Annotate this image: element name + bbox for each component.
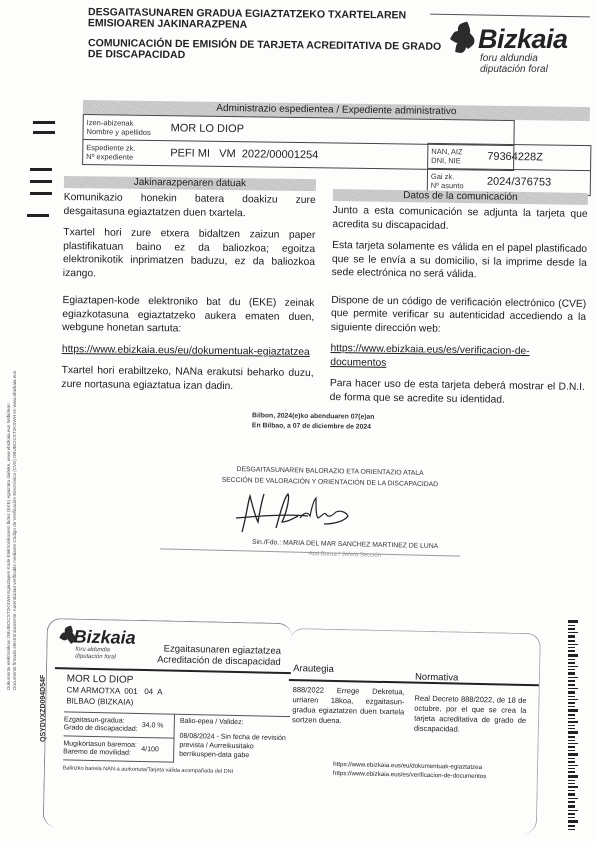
basque-paragraph-3: Egiaztapen-kode elektroniko bat du (EKE)…	[62, 294, 314, 338]
mobility-label: Mugikortasun baremoa: Baremo de movilida…	[63, 740, 141, 758]
card-footer: Baliozko bariela NAN-a aurkortuta/Tarjet…	[63, 765, 233, 775]
barcode-bar	[568, 714, 575, 716]
barcode-bar	[568, 659, 575, 660]
grade-cell: Ezgaitasun-gradua: Grado de discapacidad…	[64, 712, 174, 738]
title-spanish: COMUNICACIÓN DE EMISIÓN DE TARJETA ACRED…	[88, 38, 448, 64]
validity-value: 08/08/2024 - Sin fecha de revisión previ…	[179, 732, 290, 761]
barcode-bar	[568, 801, 575, 803]
barcode-bar	[568, 825, 575, 827]
grade-value: 34,0 %	[142, 722, 164, 730]
basque-heading: Jakinarazpenaren datuak	[64, 176, 316, 191]
barcode-bar	[568, 768, 575, 769]
dni-label: NAN, AIZ DNI, NIE	[428, 147, 481, 166]
barcode-bar	[568, 813, 575, 815]
barcode-bar	[568, 743, 578, 744]
validity-label: Balio-epea / Validez:	[180, 717, 290, 728]
expediente-label: Espediente zk. Nº expediente	[83, 143, 158, 162]
disability-card-back: Arautegia Normativa 888/2022 Errege Dekr…	[286, 628, 541, 834]
card-holder: MOR LO DIOP CM ARMOTXA 001 04 A BILBAO (…	[66, 673, 163, 708]
date-block: Bilbon, 2024(e)ko abenduaren 07(e)an En …	[252, 411, 375, 432]
omr-mark	[33, 131, 55, 134]
barcode-bar	[568, 786, 578, 788]
date-es: En Bilbao, a 07 de diciembre de 2024	[252, 421, 375, 432]
barcode-bar	[568, 696, 575, 697]
omr-mark	[27, 214, 49, 217]
card-back-links: https://www.ebizkaia.eus/eu/dokumentuak-…	[333, 760, 487, 781]
barcode-bar	[568, 780, 575, 781]
name-label-es: Nombre y apellidos	[86, 127, 158, 137]
vertical-text-es: Documento firmado electrónicamente. Aute…	[12, 290, 18, 690]
holder-address-2: BILBAO (BIZKAIA)	[66, 695, 162, 708]
mobility-label-es: Baremo de movilidad:	[63, 748, 141, 758]
barcode-bar	[568, 810, 578, 811]
barcode-bar	[568, 798, 578, 799]
oak-leaf-icon	[450, 21, 480, 55]
basque-verify-link[interactable]: https://www.ebizkaia.eus/eu/dokumentuak-…	[62, 343, 310, 357]
barcode-bar	[568, 765, 578, 766]
barcode-bar	[568, 775, 578, 778]
barcode-bar	[568, 805, 575, 808]
barcode-bar	[568, 684, 575, 686]
card-title-es: Acreditación de discapacidad	[157, 654, 281, 668]
omr-mark	[33, 121, 55, 124]
card-logo-brand: Bizkaia	[73, 628, 135, 648]
barcode-bar	[568, 740, 575, 741]
barcode-bar	[568, 672, 575, 675]
barcode-bar	[568, 753, 578, 756]
basque-column: Jakinarazpenaren datuak Komunikazio hone…	[61, 176, 316, 402]
barcode-bar	[568, 620, 578, 623]
id-box: NAN, AIZ DNI, NIE 79364228Z Gai zk. Nº a…	[427, 143, 592, 196]
vertical-csv-text: Dokumentu elektronikoa: DBUBCICST2KSWH E…	[6, 290, 18, 690]
signature-image	[228, 488, 358, 538]
basque-paragraph-1: Komunikazio honekin batera doakizu zure …	[63, 191, 315, 221]
signer-block: Sin./Fdo.: MARIA DEL MAR SANCHEZ MARTINE…	[210, 537, 480, 563]
spanish-paragraph-4: Para hacer uso de esta tarjeta deberá mo…	[330, 377, 585, 408]
barcode-bar	[568, 725, 575, 726]
barcode-bar	[568, 669, 575, 670]
regulation-heading-es: Normativa	[415, 672, 459, 684]
regulation-header: Arautegia Normativa	[289, 659, 539, 686]
omr-mark	[30, 180, 52, 183]
barcode-bar	[568, 650, 575, 652]
barcode-bar	[568, 750, 575, 751]
barcode-bar	[568, 628, 575, 630]
barcode-bar	[568, 680, 575, 682]
card-link-es[interactable]: https://www.ebizkaia.eus/es/verificacion…	[333, 769, 487, 781]
regulation-text-eu: 888/2022 Errege Dekretua, urriaren 18koa…	[292, 685, 405, 727]
barcode-bar	[568, 706, 575, 707]
barcode-bar	[568, 709, 578, 712]
barcode-bar	[568, 654, 578, 657]
barcode-bar	[568, 677, 578, 678]
name-value: MOR LO DIOP	[159, 122, 245, 135]
barcode-bar	[568, 790, 575, 791]
barcode-bar	[568, 647, 575, 648]
barcode-bar	[568, 644, 578, 645]
barcode-bar	[568, 728, 575, 729]
barcode-bar	[568, 758, 575, 759]
expediente-label-es: Nº expediente	[86, 152, 158, 162]
logo-line2: diputación foral	[480, 64, 590, 75]
barcode-bar	[568, 640, 575, 642]
logo-line1: foru aldundia	[480, 53, 590, 64]
spanish-verify-link[interactable]: https://www.ebizkaia.eus/es/verificacion…	[330, 343, 530, 368]
card-details-grid: Ezgaitasun-gradua: Grado de discapacidad…	[63, 711, 290, 767]
name-label: Izen-abizenak Nombre y apellidos	[83, 118, 158, 137]
barcode-bar	[568, 746, 575, 748]
regulation-text-es: Real Decreto 888/2022, de 18 de octubre,…	[414, 694, 527, 736]
barcode-bar	[568, 761, 575, 763]
grade-label: Ezgaitasun-gradua: Grado de discapacidad…	[64, 716, 142, 734]
asunto-label: Gai zk. Nº asunto	[428, 172, 481, 191]
spanish-column: Datos de la comunicación Junto a esta co…	[329, 189, 587, 416]
barcode-bar	[568, 721, 578, 723]
title-basque: DESGAITASUNAREN GRADUA EGIAZTATZEKO TXAR…	[88, 7, 448, 33]
side-barcode	[568, 620, 580, 842]
card-logo: Bizkaia foru aldundia diputación foral	[59, 627, 136, 662]
barcode-bar	[568, 793, 575, 796]
barcode-bar	[568, 783, 575, 784]
omr-mark	[30, 192, 52, 195]
barcode-bar	[568, 771, 575, 773]
dni-label-es: DNI, NIE	[431, 156, 481, 166]
barcode-bar	[568, 731, 578, 734]
barcode-bar	[568, 688, 578, 689]
barcode-bar	[568, 625, 575, 626]
oak-leaf-icon	[59, 625, 79, 647]
basque-paragraph-2: Txartel hori zure etxera bidaltzen zaizu…	[63, 226, 316, 283]
basque-paragraph-4: Txartel hori erabiltzeko, NANa erakutsi …	[61, 364, 313, 394]
asunto-label-es: Nº asunto	[431, 181, 481, 191]
logo-brand: Bizkaia	[478, 25, 590, 53]
barcode-bar	[568, 817, 575, 818]
barcode-bar	[568, 702, 575, 704]
barcode-bar	[568, 699, 578, 700]
bizkaia-logo: Bizkaia foru aldundia diputación foral	[450, 25, 590, 75]
disability-card-front: Bizkaia foru aldundia diputación foral E…	[43, 618, 292, 832]
expediente-value: PEFI MI VM 2022/00001254	[158, 147, 318, 161]
barcode-bar	[568, 736, 575, 738]
barcode-bar	[568, 829, 575, 830]
card-title: Ezgaitasunaren egiaztatzea Acreditación …	[157, 643, 281, 668]
dni-value: 79364228Z	[481, 151, 543, 164]
card-logo-line2: diputación foral	[75, 654, 135, 662]
omr-mark	[30, 168, 52, 171]
regulation-heading-eu: Arautegia	[293, 663, 334, 675]
barcode-bar	[568, 691, 575, 694]
mobility-cell: Mugikortasun baremoa: Baremo de movilida…	[63, 736, 173, 762]
department-block: DESGAITASUNAREN BALORAZIO ETA ORIENTAZIO…	[200, 463, 460, 490]
header-rule	[430, 14, 590, 18]
barcode-bar	[568, 820, 578, 823]
barcode-bar	[568, 718, 575, 719]
validity-box: Balio-epea / Validez: 08/08/2024 - Sin f…	[179, 717, 290, 761]
dni-row: NAN, AIZ DNI, NIE 79364228Z	[428, 144, 590, 170]
barcode-bar	[568, 632, 578, 633]
card-grade-box: Ezgaitasun-gradua: Grado de discapacidad…	[63, 712, 175, 762]
mobility-value: 4/100	[141, 746, 159, 754]
barcode-bar	[568, 666, 578, 667]
grade-label-es: Grado de discapacidad:	[64, 724, 142, 734]
spanish-paragraph-2: Esta tarjeta solamente es válida en el p…	[332, 239, 588, 284]
spanish-paragraph-1: Junto a esta comunicación se adjunta la …	[332, 204, 587, 235]
asunto-value: 2024/376753	[481, 176, 551, 189]
barcode-bar	[568, 662, 575, 664]
spanish-paragraph-3: Dispone de un código de verificación ele…	[331, 293, 587, 338]
barcode-bar	[568, 635, 575, 638]
